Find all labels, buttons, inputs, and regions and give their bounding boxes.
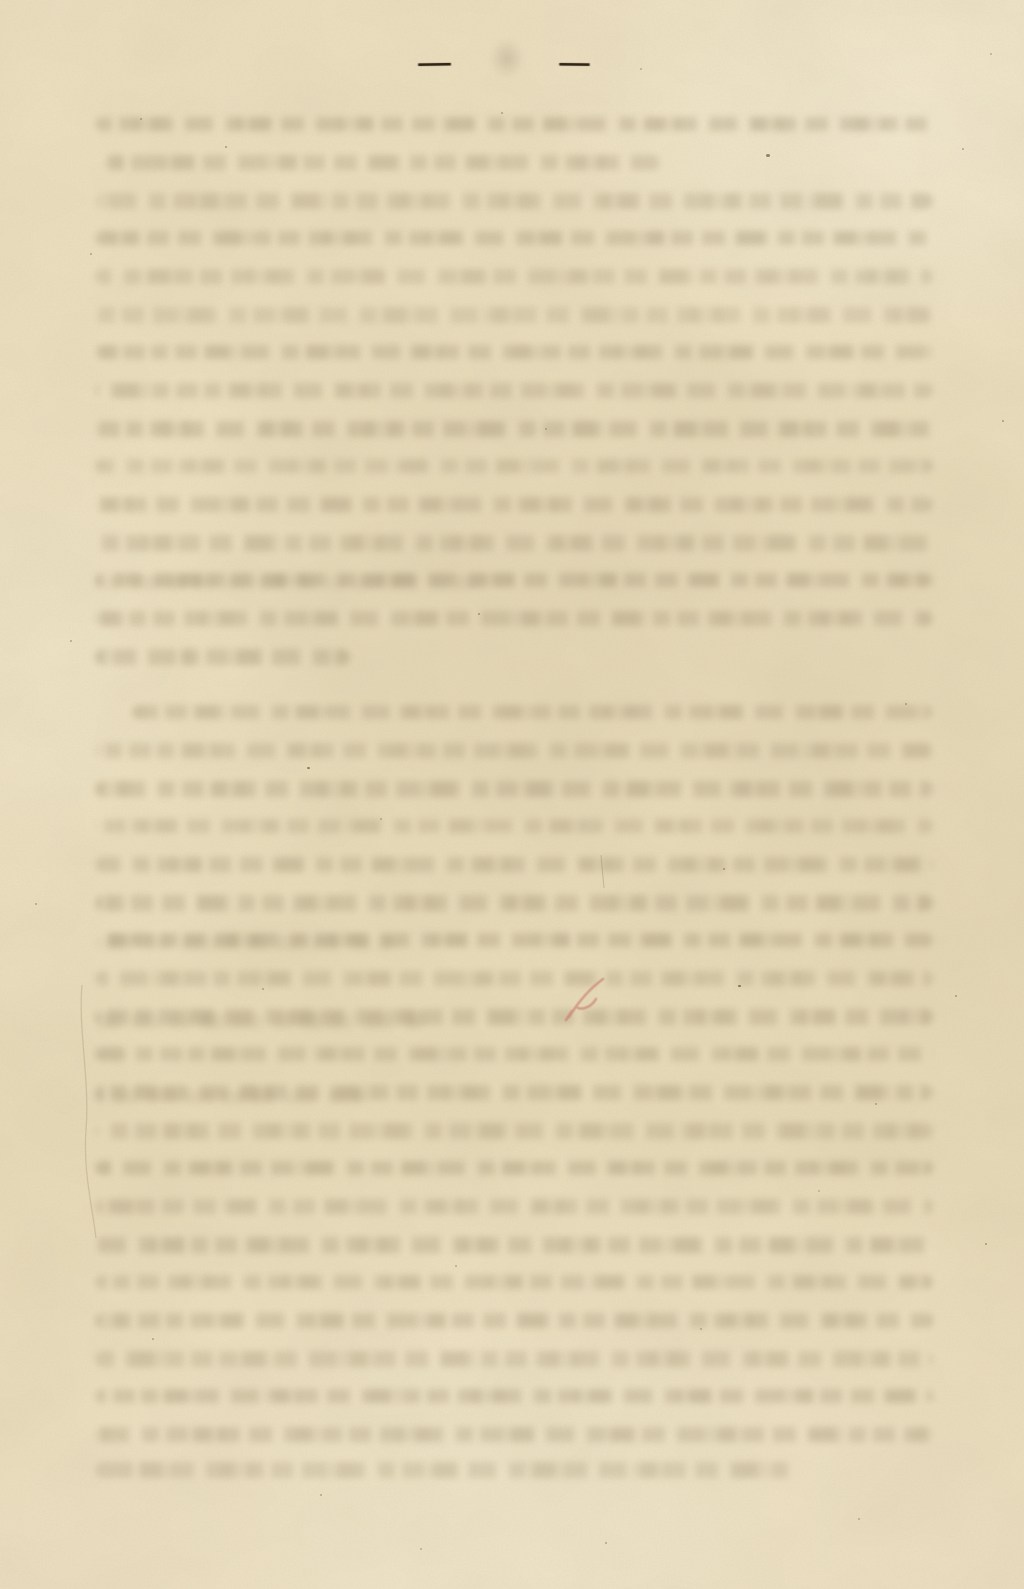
ghost-text-line [95,1013,425,1029]
ghost-text-line [95,155,660,170]
ghost-text-line [95,1237,933,1253]
ghost-text-line [95,1161,933,1175]
ghost-text-line [95,743,933,758]
ghost-text-line [95,781,933,797]
ghost-text-line [95,649,350,665]
ghost-text-line [95,117,933,131]
ghost-text-line [95,1199,933,1214]
ghost-text-line [95,1123,933,1139]
ghost-text-line [95,935,395,950]
ghost-text-line [95,1389,933,1403]
ghost-text-line [95,1351,933,1367]
ghost-text-line [95,535,933,551]
ghost-text-line [95,971,933,986]
ghost-text-line [95,819,933,833]
ghost-text-line [95,345,933,359]
ghost-text-line [95,857,933,872]
ghost-text-line [95,459,933,473]
ghost-text-line [95,383,933,398]
ghost-text-line [95,1462,795,1478]
ghost-text-line [95,231,933,245]
scanned-page: — — [0,0,1024,1589]
ghost-text-line [95,575,485,589]
ghost-text-line [95,1313,933,1328]
ghost-text-line [95,611,933,626]
ghost-text-line [95,307,933,323]
ghost-text-line [95,497,933,512]
ghost-text-line [95,1275,933,1289]
ghost-text-line [95,193,933,209]
ghost-text-line [132,705,932,719]
ghost-text-line [95,269,933,284]
ghost-text-line [95,1090,365,1104]
faded-text-block [0,0,1024,1589]
ghost-text-line [95,1427,933,1442]
ghost-text-line [95,1047,933,1061]
ghost-text-line [95,895,933,911]
ghost-text-line [95,421,933,437]
